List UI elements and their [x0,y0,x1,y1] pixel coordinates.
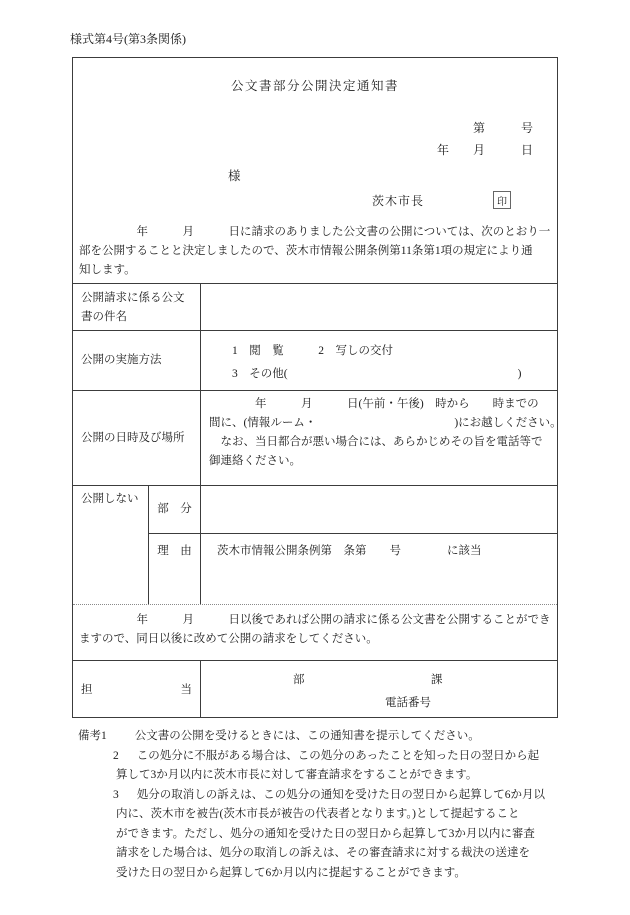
document-date-line: 年 月 日 [437,141,533,158]
remarks-section: 備考1公文書の公開を受けるときには、この通知書を提示してください。 2この処分に… [78,727,560,883]
sender-name: 茨木市長 [372,192,424,209]
form-header: 公文書部分公開決定通知書 第 号 年 月 日 様 茨木市長 印 年 月 日に請求… [73,58,557,283]
nondisclosure-reason-label: 理 由 [149,533,201,604]
form-number-note: 様式第4号(第3条関係) [70,30,186,47]
nondisclosed-part-value [201,485,557,533]
notice-form-box: 公文書部分公開決定通知書 第 号 年 月 日 様 茨木市長 印 年 月 日に請求… [72,57,558,718]
body-paragraph: 年 月 日に請求のありました公文書の公開については、次のとおり一 部を公開するこ… [73,223,557,280]
document-page: 様式第4号(第3条関係) 公文書部分公開決定通知書 第 号 年 月 日 様 茨木… [0,0,630,915]
addressee-suffix: 様 [228,166,241,184]
method-row-label: 公開の実施方法 [73,330,201,390]
form-table: 公開請求に係る公文 書の件名 公開の実施方法 1 閲 覧 2 写しの交付 3 そ… [73,283,557,717]
datetime-row-label: 公開の日時及び場所 [73,390,201,485]
nondisclosure-row-label: 公開しない [73,485,149,604]
contact-row-label: 担 当 [73,660,201,717]
remark-item-2: 2この処分に不服がある場合は、この処分のあったことを知った日の翌日から起 算して… [78,747,560,786]
remark-number-2: 2 [113,750,119,762]
contact-row-value: 部 課 電話番号 [201,660,557,717]
subject-row-label: 公開請求に係る公文 書の件名 [73,283,201,330]
seal-mark: 印 [493,191,511,209]
datetime-row-value: 年 月 日(午前・午後) 時から 時までの 間に、(情報ルーム・ )にお越しくだ… [201,390,557,485]
document-title: 公文書部分公開決定通知書 [73,76,557,94]
remark-item-3: 3処分の取消しの訴えは、この処分の通知を受けた日の翌日から起算して6か月以 内に… [78,786,560,884]
remark-text-1: 公文書の公開を受けるときには、この通知書を提示してください。 [135,730,480,742]
contact-label-left: 担 [81,681,93,697]
contact-label-right: 当 [181,681,193,697]
method-row-value: 1 閲 覧 2 写しの交付 3 その他( ) [201,330,557,390]
future-disclosure-note: 年 月 日以後であれば公開の請求に係る公文書を公開することができ ますので、同日… [73,604,557,660]
remark-text-3: 処分の取消しの訴えは、この処分の通知を受けた日の翌日から起算して6か月以 内に、… [116,789,545,879]
remarks-heading: 備考1 [78,730,107,742]
nondisclosed-part-label: 部 分 [149,485,201,533]
document-number-line: 第 号 [473,119,533,136]
remark-item-1: 備考1公文書の公開を受けるときには、この通知書を提示してください。 [78,727,560,747]
nondisclosure-reason-value: 茨木市情報公開条例第 条第 号 に該当 [201,533,557,604]
remark-number-3: 3 [113,789,119,801]
subject-row-value [201,283,557,330]
remark-text-2: この処分に不服がある場合は、この処分のあったことを知った日の翌日から起 算して3… [116,750,539,782]
